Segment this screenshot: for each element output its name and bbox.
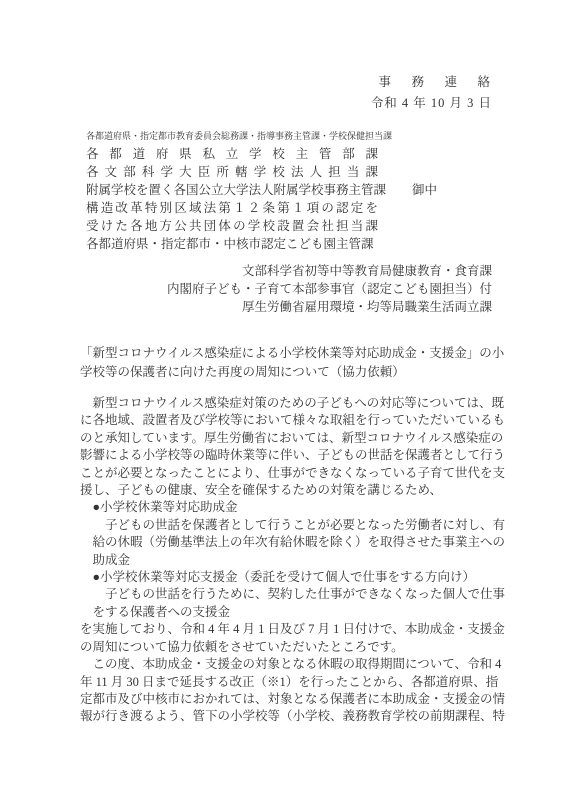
body-line: 新型コロナウイルス感染症対策のための子どもへの対応等については、既: [80, 395, 505, 412]
body-line: 年 11 月 30 日まで延長する改正（※1）を行ったことから、各都道府県、指: [80, 674, 505, 691]
body-line: の周知について協力依頼をさせていただいたところです。: [80, 639, 505, 656]
subject-line-1: 「新型コロナウイルス感染症による小学校休業等対応助成金・支援金」の小: [80, 344, 504, 363]
body-text: 新型コロナウイルス感染症対策のための子どもへの対応等については、既 に各地域、設…: [80, 395, 505, 726]
honorific-onchu: 御中: [412, 181, 437, 199]
senders-block: 文部科学省初等中等教育局健康教育・食育課 内閣府子ども・子育て本部参事官（認定こ…: [167, 262, 492, 316]
body-line: 給の休暇（労働基準法上の年次有給休暇を除く）を取得させた事業主への: [80, 534, 505, 551]
subject-title: 「新型コロナウイルス感染症による小学校休業等対応助成金・支援金」の小 学校等の保…: [80, 344, 504, 381]
doc-date: 令和 4 年 10 月 3 日: [371, 93, 492, 111]
recipient-line-attached-schools: 附属学校を置く各国公立大学法人附属学校事務主管課: [86, 181, 392, 199]
recipient-line-kodomoen: 各都道府県・指定都市・中核市認定こども園主管課: [86, 235, 392, 253]
body-line: のと承知しています。厚生労働省においては、新型コロナウイルス感染症の: [80, 430, 505, 447]
subject-line-2: 学校等の保護者に向けた再度の周知について（協力依頼）: [80, 363, 504, 382]
recipient-line-special-zone-2: 受けた各地方公共団体の学校設置会社担当課: [86, 217, 378, 235]
sender-line-cao: 内閣府子ども・子育て本部参事官（認定こども園担当）付: [167, 280, 492, 298]
body-line: 影響による小学校等の臨時休業等に伴い、子どもの世話を保護者として行う: [80, 447, 505, 464]
body-line: この度、本助成金・支援金の対象となる休暇の取得期間について、令和 4: [80, 656, 505, 673]
body-line: 助成金: [80, 552, 505, 569]
recipient-line-boards-of-education: 各都道府県・指定都市教育委員会総務課・指導事務主管課・学校保健担当課: [86, 127, 392, 145]
recipients-block: 各都道府県・指定都市教育委員会総務課・指導事務主管課・学校保健担当課 各都道府県…: [86, 127, 392, 253]
recipient-line-mext-school-corporations: 各文部科学大臣所轄学校法人担当課: [86, 163, 378, 181]
body-line: 子どもの世話を保護者として行うことが必要となった労働者に対し、有: [80, 517, 505, 534]
doc-type-label: 事 務 連 絡: [378, 72, 494, 90]
body-line: を実施しており、令和 4 年 4 月 1 日及び 7 月 1 日付けで、本助成金…: [80, 621, 505, 638]
body-line-bullet-shienkin: ●小学校休業等対応支援金（委託を受けて個人で仕事をする方向け）: [80, 569, 505, 586]
body-line: をする保護者への支援金: [80, 604, 505, 621]
sender-line-mhlw: 厚生労働省雇用環境・均等局職業生活両立課: [167, 298, 492, 316]
body-line-bullet-josekin: ●小学校休業等対応助成金: [80, 499, 505, 516]
body-line: 援し、子どもの健康、安全を確保するための対策を講じるため、: [80, 482, 505, 499]
body-line: 定都市及び中核市におかれては、対象となる保護者に本助成金・支援金の情: [80, 691, 505, 708]
body-line: ことが必要となったことにより、仕事ができなくなっている子育て世代を支: [80, 465, 505, 482]
document-page: 事 務 連 絡 令和 4 年 10 月 3 日 各都道府県・指定都市教育委員会総…: [0, 0, 566, 800]
body-line: 報が行き渡るよう、管下の小学校等（小学校、義務教育学校の前期課程、特: [80, 708, 505, 725]
sender-line-mext: 文部科学省初等中等教育局健康教育・食育課: [167, 262, 492, 280]
body-line: に各地域、設置者及び学校等において様々な取組を行っていただいているも: [80, 412, 505, 429]
body-line: 子どもの世話を行うために、契約した仕事ができなくなった個人で仕事: [80, 586, 505, 603]
recipient-line-special-zone-1: 構造改革特別区域法第１２条第１項の認定を: [86, 199, 378, 217]
recipient-line-private-schools: 各都道府県私立学校主管部課: [86, 145, 378, 163]
